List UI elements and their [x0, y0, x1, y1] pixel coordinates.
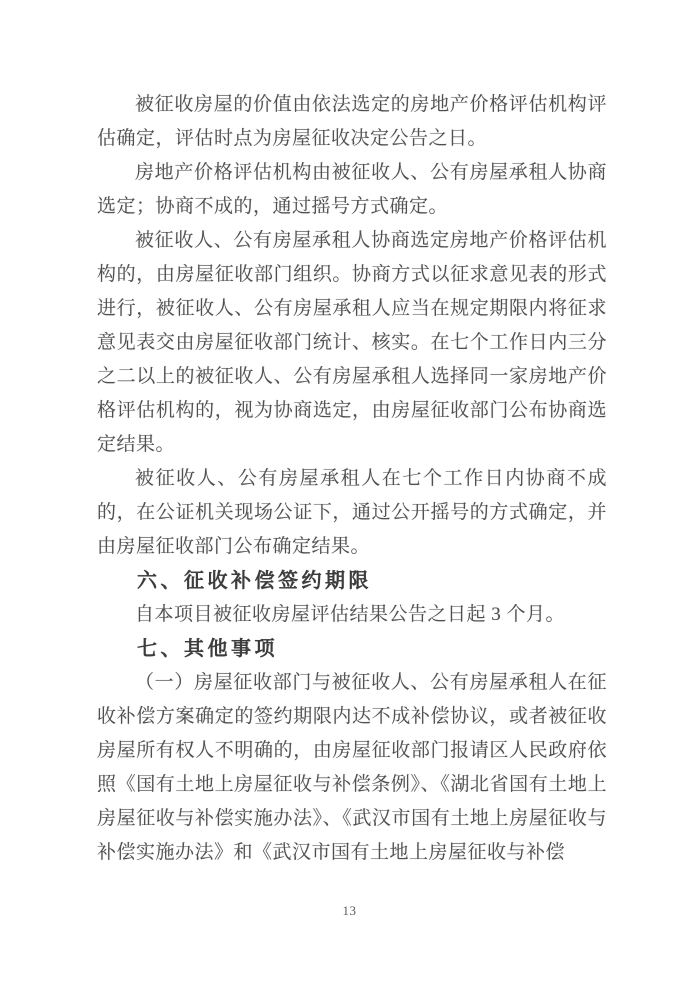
- page-number: 13: [0, 903, 699, 919]
- body-paragraph: 被征收人、公有房屋承租人协商选定房地产价格评估机构的，由房屋征收部门组织。协商方…: [97, 224, 607, 462]
- body-paragraph: （一）房屋征收部门与被征收人、公有房屋承租人在征收补偿方案确定的签约期限内达不成…: [97, 666, 607, 870]
- body-paragraph: 自本项目被征收房屋评估结果公告之日起 3 个月。: [97, 598, 607, 632]
- section-heading: 六、征收补偿签约期限: [97, 564, 607, 598]
- section-heading: 七、其他事项: [97, 632, 607, 666]
- body-paragraph: 房地产价格评估机构由被征收人、公有房屋承租人协商选定；协商不成的，通过摇号方式确…: [97, 156, 607, 224]
- document-content: 被征收房屋的价值由依法选定的房地产价格评估机构评估确定，评估时点为房屋征收决定公…: [97, 88, 607, 870]
- body-paragraph: 被征收房屋的价值由依法选定的房地产价格评估机构评估确定，评估时点为房屋征收决定公…: [97, 88, 607, 156]
- document-page: 被征收房屋的价值由依法选定的房地产价格评估机构评估确定，评估时点为房屋征收决定公…: [0, 0, 699, 989]
- body-paragraph: 被征收人、公有房屋承租人在七个工作日内协商不成的，在公证机关现场公证下，通过公开…: [97, 462, 607, 564]
